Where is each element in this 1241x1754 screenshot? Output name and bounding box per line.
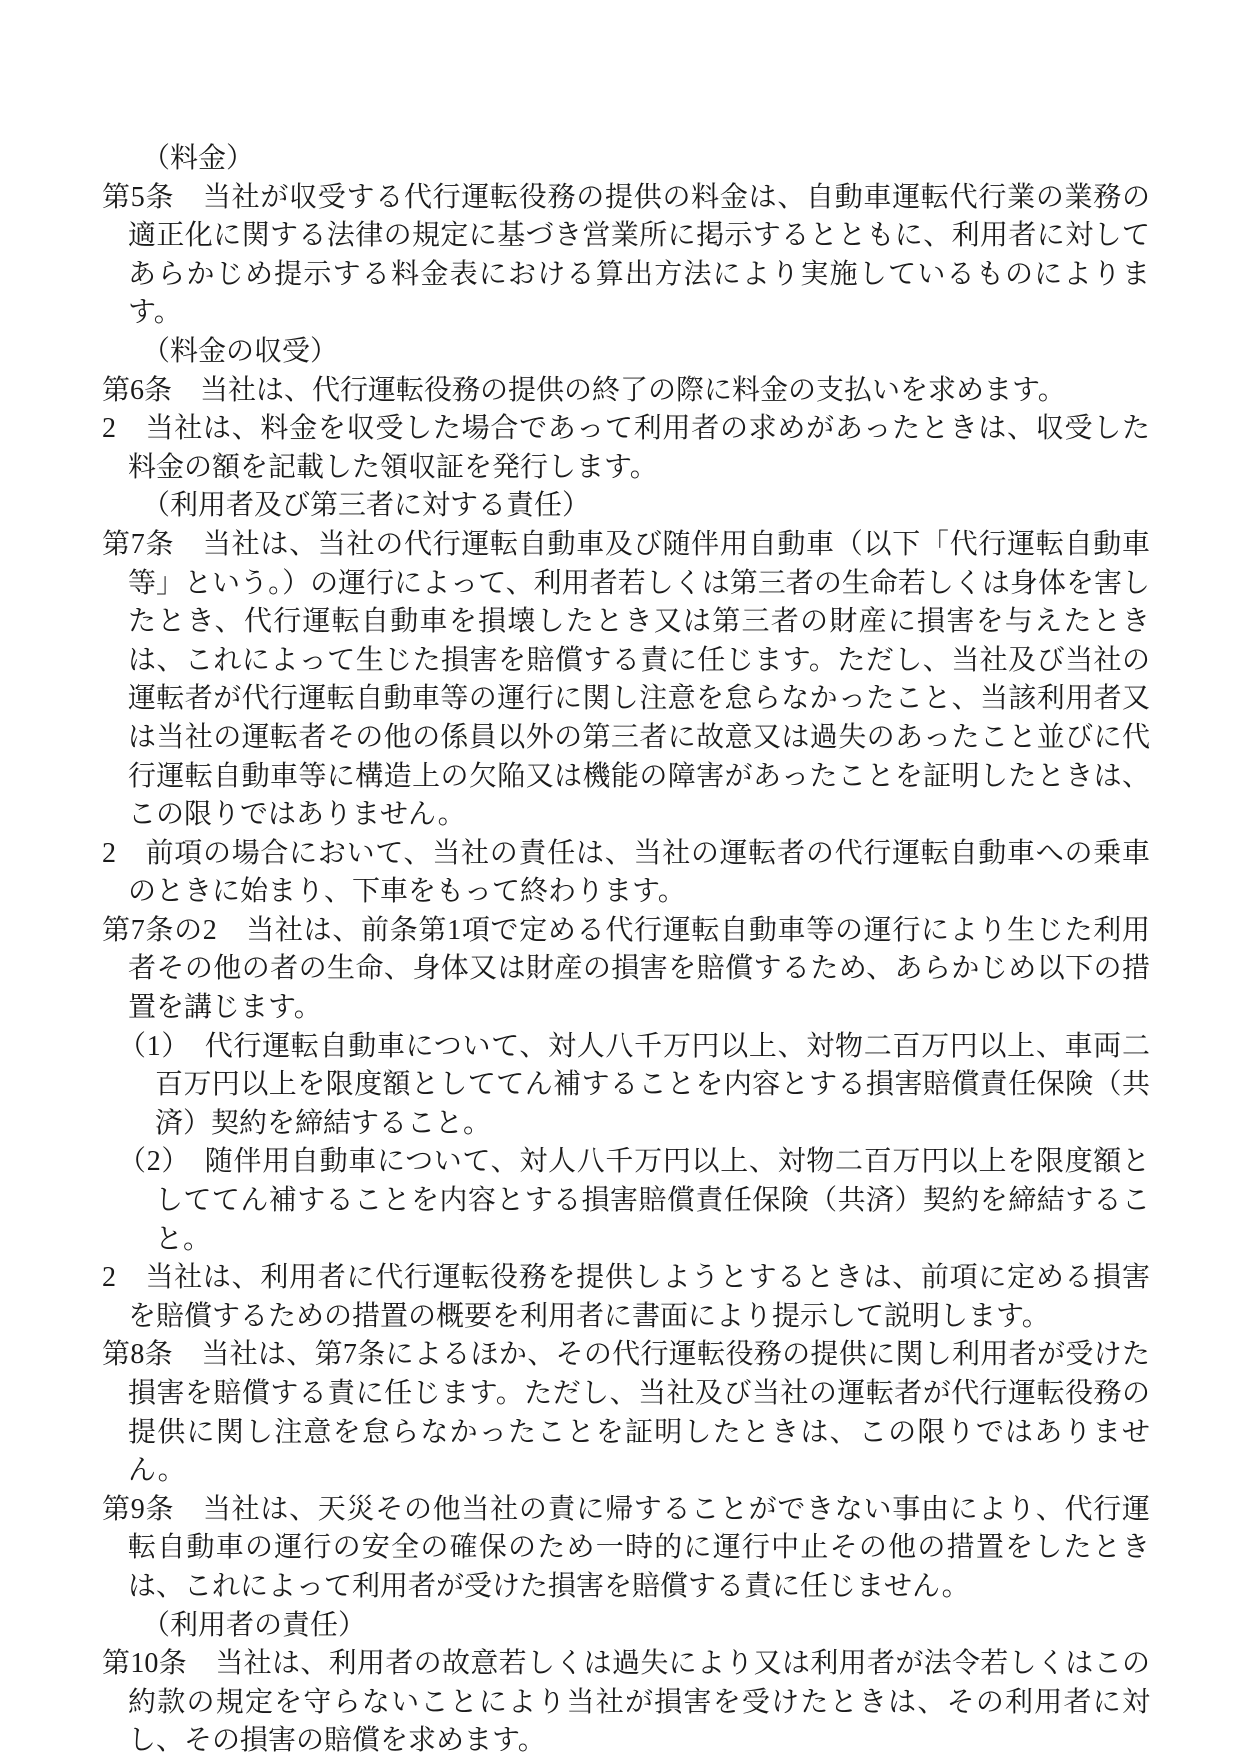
paragraph-label: 第7条 — [102, 529, 174, 560]
item-paragraph: （1） 代行運転自動車について、対人八千万円以上、対物二百万円以上、車両二百万円… — [102, 1028, 1150, 1144]
section-caption: （料金） — [142, 140, 1150, 179]
paragraph-label: 第8条 — [102, 1339, 173, 1370]
paragraph-text: 当社が収受する代行運転役務の提供の料金は、自動車運転代行業の業務の適正化に関する… — [128, 182, 1150, 329]
paragraph-text: 代行運転自動車について、対人八千万円以上、対物二百万円以上、車両二百万円以上を限… — [155, 1031, 1150, 1139]
numbered-paragraph: 2 前項の場合において、当社の責任は、当社の運転者の代行運転自動車への乗車のとき… — [102, 835, 1150, 912]
paragraph-text: （料金） — [142, 143, 254, 174]
paragraph-text: 随伴用自動車について、対人八千万円以上、対物二百万円以上を限度額としててん補する… — [155, 1146, 1150, 1254]
paragraph-text: 当社は、天災その他当社の責に帰することができない事由により、代行運転自動車の運行… — [128, 1494, 1150, 1602]
paragraph-text: （利用者の責任） — [142, 1610, 366, 1641]
section-caption: （利用者の責任） — [142, 1607, 1150, 1646]
paragraph-label: 2 — [102, 838, 116, 869]
article-paragraph: 第7条の2 当社は、前条第1項で定める代行運転自動車等の運行により生じた利用者そ… — [102, 912, 1150, 1028]
paragraph-text: 当社は、当社の代行運転自動車及び随伴用自動車（以下「代行運転自動車等」という。）… — [128, 529, 1150, 830]
article-paragraph: 第8条 当社は、第7条によるほか、その代行運転役務の提供に関し利用者が受けた損害… — [102, 1336, 1150, 1490]
numbered-paragraph: 2 当社は、料金を収受した場合であって利用者の求めがあったときは、収受した料金の… — [102, 410, 1150, 487]
paragraph-label: （1） — [118, 1031, 176, 1062]
paragraph-text: 当社は、代行運転役務の提供の終了の際に料金の支払いを求めます。 — [200, 375, 1066, 406]
paragraph-label: 第10条 — [102, 1648, 187, 1679]
section-caption: （利用者及び第三者に対する責任） — [142, 487, 1150, 526]
article-paragraph: 第9条 当社は、天災その他当社の責に帰することができない事由により、代行運転自動… — [102, 1491, 1150, 1607]
paragraph-text: 前項の場合において、当社の責任は、当社の運転者の代行運転自動車への乗車のときに始… — [128, 838, 1150, 908]
document-page: （料金）第5条 当社が収受する代行運転役務の提供の料金は、自動車運転代行業の業務… — [0, 0, 1241, 1754]
paragraph-text: 当社は、利用者の故意若しくは過失により又は利用者が法令若しくはこの約款の規定を守… — [128, 1648, 1150, 1754]
paragraph-text: 当社は、前条第1項で定める代行運転自動車等の運行により生じた利用者その他の者の生… — [128, 915, 1150, 1023]
paragraph-label: 第7条の2 — [102, 915, 217, 946]
paragraph-text: 当社は、第7条によるほか、その代行運転役務の提供に関し利用者が受けた損害を賠償す… — [128, 1339, 1150, 1486]
paragraph-text: 当社は、利用者に代行運転役務を提供しようとするときは、前項に定める損害を賠償する… — [128, 1262, 1150, 1332]
article-paragraph: 第6条 当社は、代行運転役務の提供の終了の際に料金の支払いを求めます。 — [102, 372, 1150, 411]
section-caption: （料金の収受） — [142, 333, 1150, 372]
paragraph-text: （利用者及び第三者に対する責任） — [142, 490, 590, 521]
article-paragraph: 第7条 当社は、当社の代行運転自動車及び随伴用自動車（以下「代行運転自動車等」と… — [102, 526, 1150, 835]
paragraph-text: 当社は、料金を収受した場合であって利用者の求めがあったときは、収受した料金の額を… — [128, 413, 1150, 483]
document-body: （料金）第5条 当社が収受する代行運転役務の提供の料金は、自動車運転代行業の業務… — [102, 140, 1150, 1754]
paragraph-label: （2） — [118, 1146, 176, 1177]
paragraph-label: 第6条 — [102, 375, 172, 406]
article-paragraph: 第5条 当社が収受する代行運転役務の提供の料金は、自動車運転代行業の業務の適正化… — [102, 179, 1150, 333]
article-paragraph: 第10条 当社は、利用者の故意若しくは過失により又は利用者が法令若しくはこの約款… — [102, 1645, 1150, 1754]
paragraph-text: （料金の収受） — [142, 336, 338, 367]
paragraph-label: 2 — [102, 1262, 116, 1293]
paragraph-label: 第9条 — [102, 1494, 174, 1525]
item-paragraph: （2） 随伴用自動車について、対人八千万円以上、対物二百万円以上を限度額としてて… — [102, 1143, 1150, 1259]
paragraph-label: 2 — [102, 413, 116, 444]
paragraph-label: 第5条 — [102, 182, 174, 213]
numbered-paragraph: 2 当社は、利用者に代行運転役務を提供しようとするときは、前項に定める損害を賠償… — [102, 1259, 1150, 1336]
